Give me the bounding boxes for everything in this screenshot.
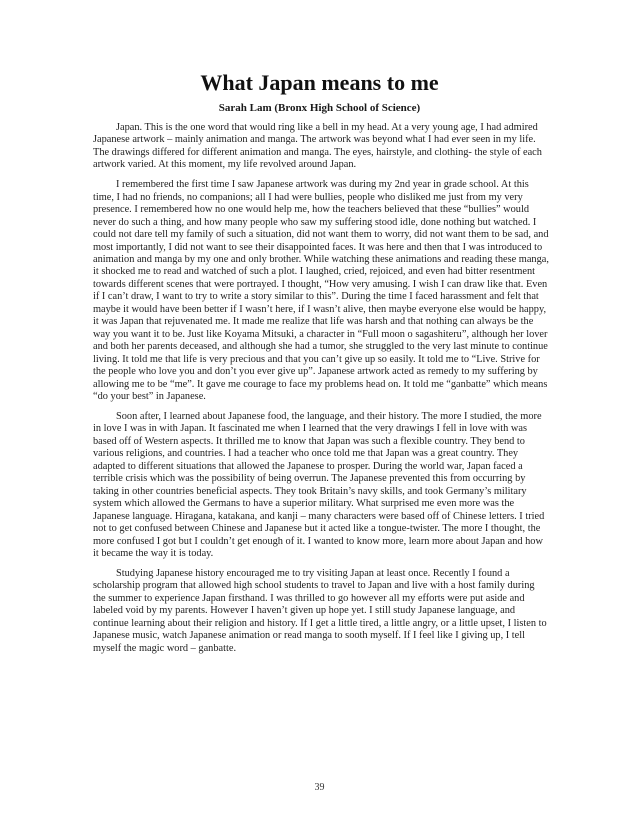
page-title: What Japan means to me (0, 70, 639, 96)
author-byline: Sarah Lam (Bronx High School of Science) (0, 101, 639, 115)
document-page: What Japan means to me Sarah Lam (Bronx … (0, 0, 639, 828)
essay-body: Japan. This is the one word that would r… (93, 122, 549, 663)
paragraph-1: Japan. This is the one word that would r… (93, 122, 549, 172)
page-number: 39 (0, 782, 639, 794)
paragraph-4: Studying Japanese history encouraged me … (93, 568, 549, 655)
paragraph-3: Soon after, I learned about Japanese foo… (93, 411, 549, 560)
paragraph-2: I remembered the first time I saw Japane… (93, 179, 549, 403)
